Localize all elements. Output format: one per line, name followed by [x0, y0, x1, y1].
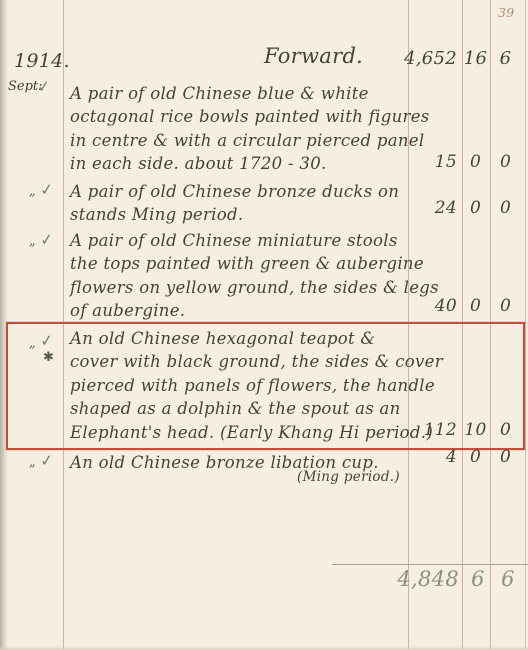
amount-pounds: 24	[402, 198, 457, 218]
entry-line: shaped as a dolphin & the spout as an	[70, 397, 443, 420]
entry-line: flowers on yellow ground, the sides & le…	[70, 276, 439, 299]
page-edge-line	[525, 0, 526, 650]
amount-shillings: 0	[462, 447, 489, 467]
ditto-mark: „	[29, 455, 36, 470]
amount-pounds: 40	[402, 296, 457, 316]
entry-line: octagonal rice bowls painted with figure…	[70, 105, 430, 128]
forward-pounds: 4,652	[402, 48, 457, 69]
checkmark-icon: ✓	[39, 330, 54, 350]
checkmark-icon: ✓	[39, 179, 54, 199]
amount-pounds: 15	[402, 152, 457, 172]
total-pence: 6	[494, 567, 522, 591]
entry-line: A pair of old Chinese bronze ducks on	[70, 180, 399, 203]
entry-line: Elephant's head. (Early Khang Hi period.…	[70, 421, 443, 444]
checkmark-icon: ✓	[39, 450, 54, 470]
entry-description: A pair of old Chinese bronze ducks on st…	[70, 180, 399, 227]
amount-pence: 0	[490, 420, 521, 440]
amount-pence: 0	[490, 152, 521, 172]
checkmark-icon: ✓	[36, 76, 51, 96]
entry-line: the tops painted with green & aubergine	[70, 252, 439, 275]
ditto-mark: „	[29, 184, 36, 199]
entry-description: A pair of old Chinese blue & white octag…	[70, 82, 430, 176]
amount-shillings: 0	[462, 152, 489, 172]
entry-description: A pair of old Chinese miniature stools t…	[70, 229, 439, 323]
amount-shillings: 10	[462, 420, 489, 440]
entry-line: in each side. about 1720 - 30.	[70, 152, 430, 175]
entry-description-highlighted: An old Chinese hexagonal teapot & cover …	[70, 327, 443, 444]
entry-line: A pair of old Chinese blue & white	[70, 82, 430, 105]
entry-line: An old Chinese hexagonal teapot &	[70, 327, 443, 350]
forward-pence: 6	[490, 48, 521, 69]
ditto-mark: „	[29, 336, 36, 351]
entry-line: A pair of old Chinese miniature stools	[70, 229, 439, 252]
page-number: 39	[498, 5, 515, 20]
total-pounds: 4,848	[383, 567, 459, 591]
total-shillings: 6	[466, 567, 490, 591]
amount-pounds: 4	[402, 447, 457, 467]
entry-line: of aubergine.	[70, 299, 439, 322]
entry-note: (Ming period.)	[297, 469, 400, 485]
entry-line: cover with black ground, the sides & cov…	[70, 350, 443, 373]
forward-label: Forward.	[264, 44, 363, 68]
amount-shillings: 0	[462, 198, 489, 218]
amount-pounds: 112	[402, 420, 457, 440]
year-label: 1914.	[14, 50, 70, 72]
forward-shillings: 16	[462, 48, 489, 69]
amount-pence: 0	[490, 447, 521, 467]
total-rule-line	[332, 564, 528, 565]
checkmark-icon: ✓	[39, 229, 54, 249]
scan-bottom-edge	[0, 646, 528, 650]
asterisk-mark: ✱	[43, 350, 54, 365]
entry-line: stands Ming period.	[70, 203, 399, 226]
ditto-mark: „	[29, 234, 36, 249]
amount-pence: 0	[490, 296, 521, 316]
amount-pence: 0	[490, 198, 521, 218]
ledger-page: 39 1914. Forward. 4,652 16 6 Sept: ✓ A p…	[0, 0, 528, 650]
amount-shillings: 0	[462, 296, 489, 316]
entry-line: pierced with panels of flowers, the hand…	[70, 374, 443, 397]
entry-line: in centre & with a circular pierced pane…	[70, 129, 430, 152]
